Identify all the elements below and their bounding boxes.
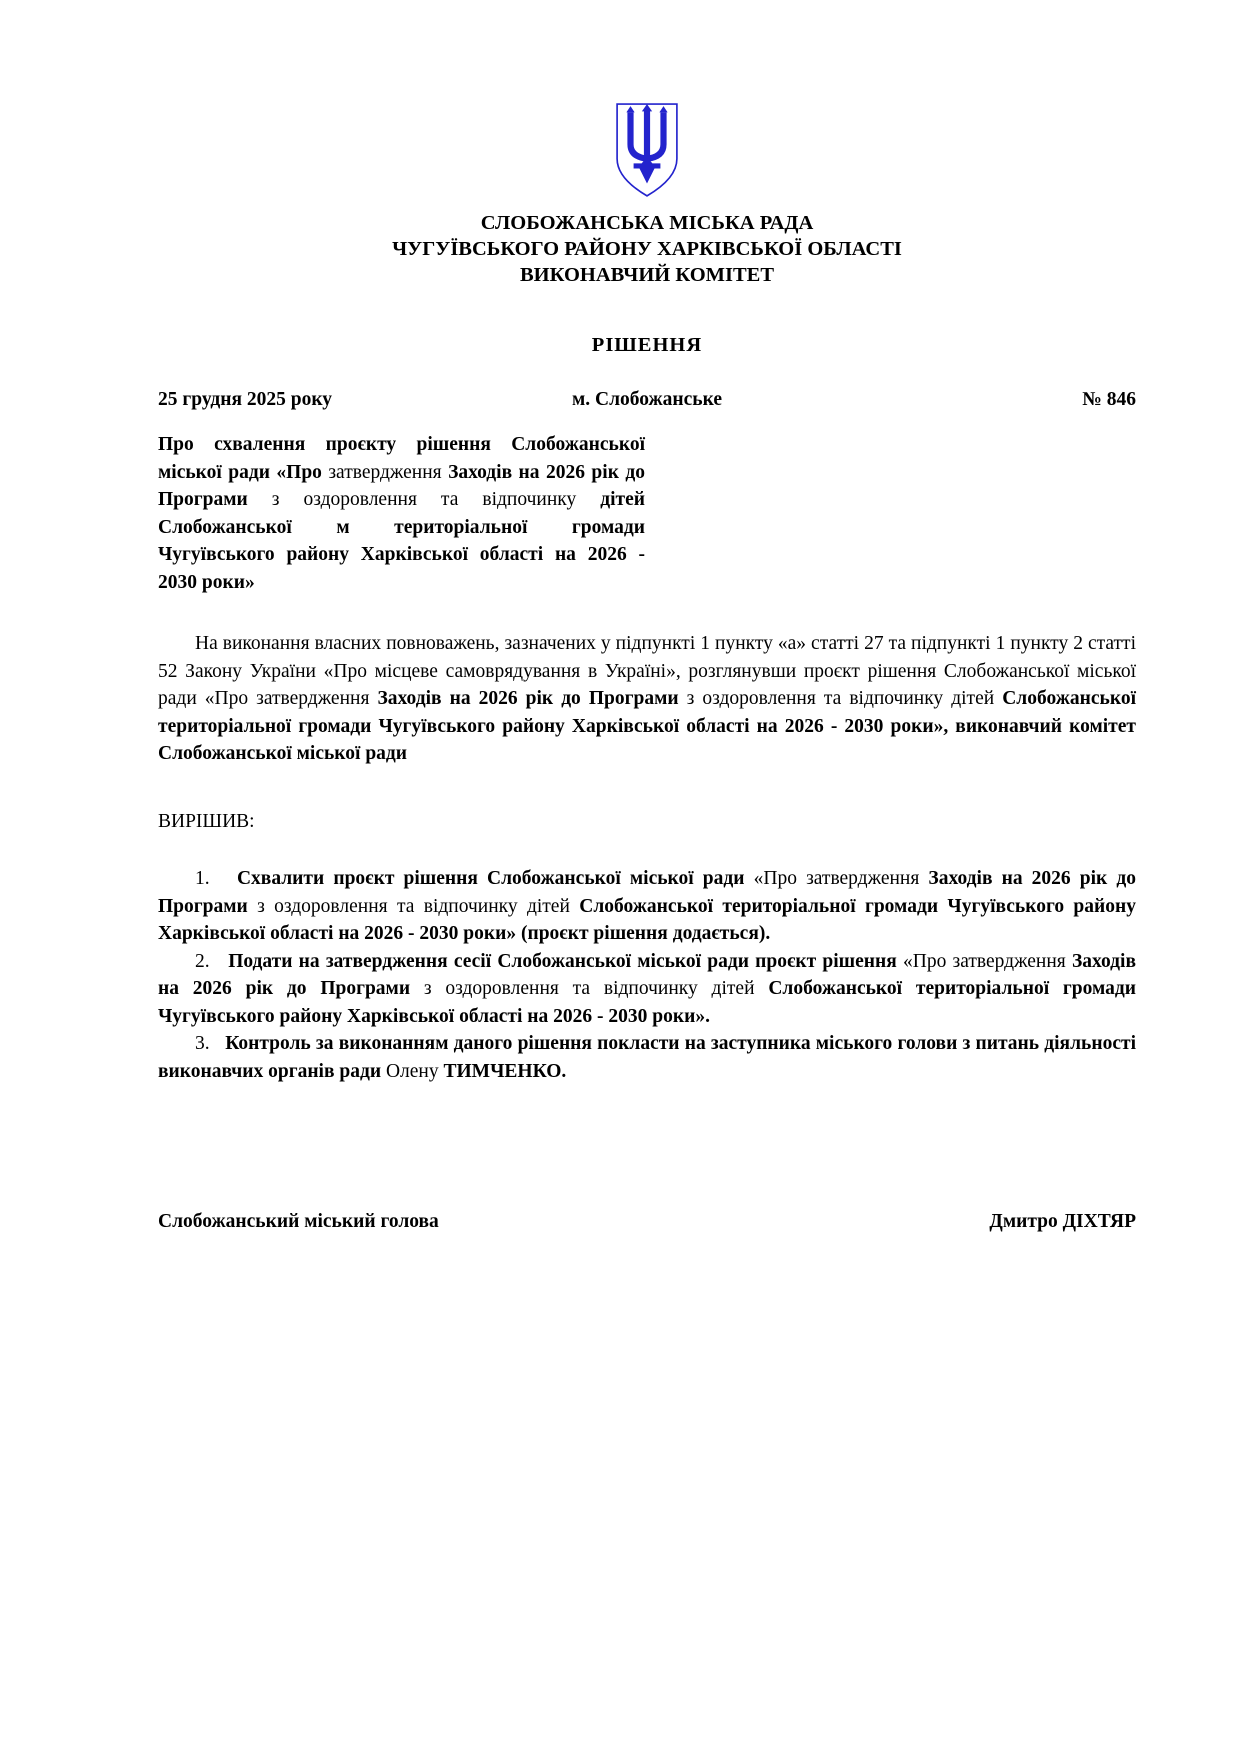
decision-item-2: 2. Подати на затвердження сесії Слобожан… — [158, 948, 1136, 1031]
tryzub-icon — [614, 103, 680, 198]
signature-row: Слобожанський міський голова Дмитро ДІХТ… — [158, 1211, 1136, 1233]
org-committee: ВИКОНАВЧИЙ КОМІТЕТ — [158, 262, 1136, 288]
signer-name: Дмитро ДІХТЯР — [989, 1211, 1136, 1233]
subject-paragraph: Про схвалення проєкту рішення Слобожансь… — [158, 431, 645, 596]
meta-row: 25 грудня 2025 року м. Слобожанське № 84… — [158, 389, 1136, 411]
document-date: 25 грудня 2025 року — [158, 389, 572, 411]
organization-header: СЛОБОЖАНСЬКА МІСЬКА РАДА ЧУГУЇВСЬКОГО РА… — [158, 210, 1136, 288]
document-number: № 846 — [722, 389, 1136, 411]
org-district: ЧУГУЇВСЬКОГО РАЙОНУ ХАРКІВСЬКОЇ ОБЛАСТІ — [158, 236, 1136, 262]
coat-of-arms — [614, 103, 680, 198]
intro-paragraph: На виконання власних повноважень, зазнач… — [158, 630, 1136, 768]
document-title: РІШЕННЯ — [158, 334, 1136, 357]
org-name: СЛОБОЖАНСЬКА МІСЬКА РАДА — [158, 210, 1136, 236]
document-place: м. Слобожанське — [572, 389, 722, 411]
decision-item-1: 1. Схвалити проєкт рішення Слобожанської… — [158, 865, 1136, 948]
decision-item-3: 3. Контроль за виконанням даного рішення… — [158, 1030, 1136, 1085]
resolved-label: ВИРІШИВ: — [158, 808, 1136, 836]
document-page: СЛОБОЖАНСЬКА МІСЬКА РАДА ЧУГУЇВСЬКОГО РА… — [0, 0, 1240, 1754]
signer-position: Слобожанський міський голова — [158, 1211, 439, 1233]
